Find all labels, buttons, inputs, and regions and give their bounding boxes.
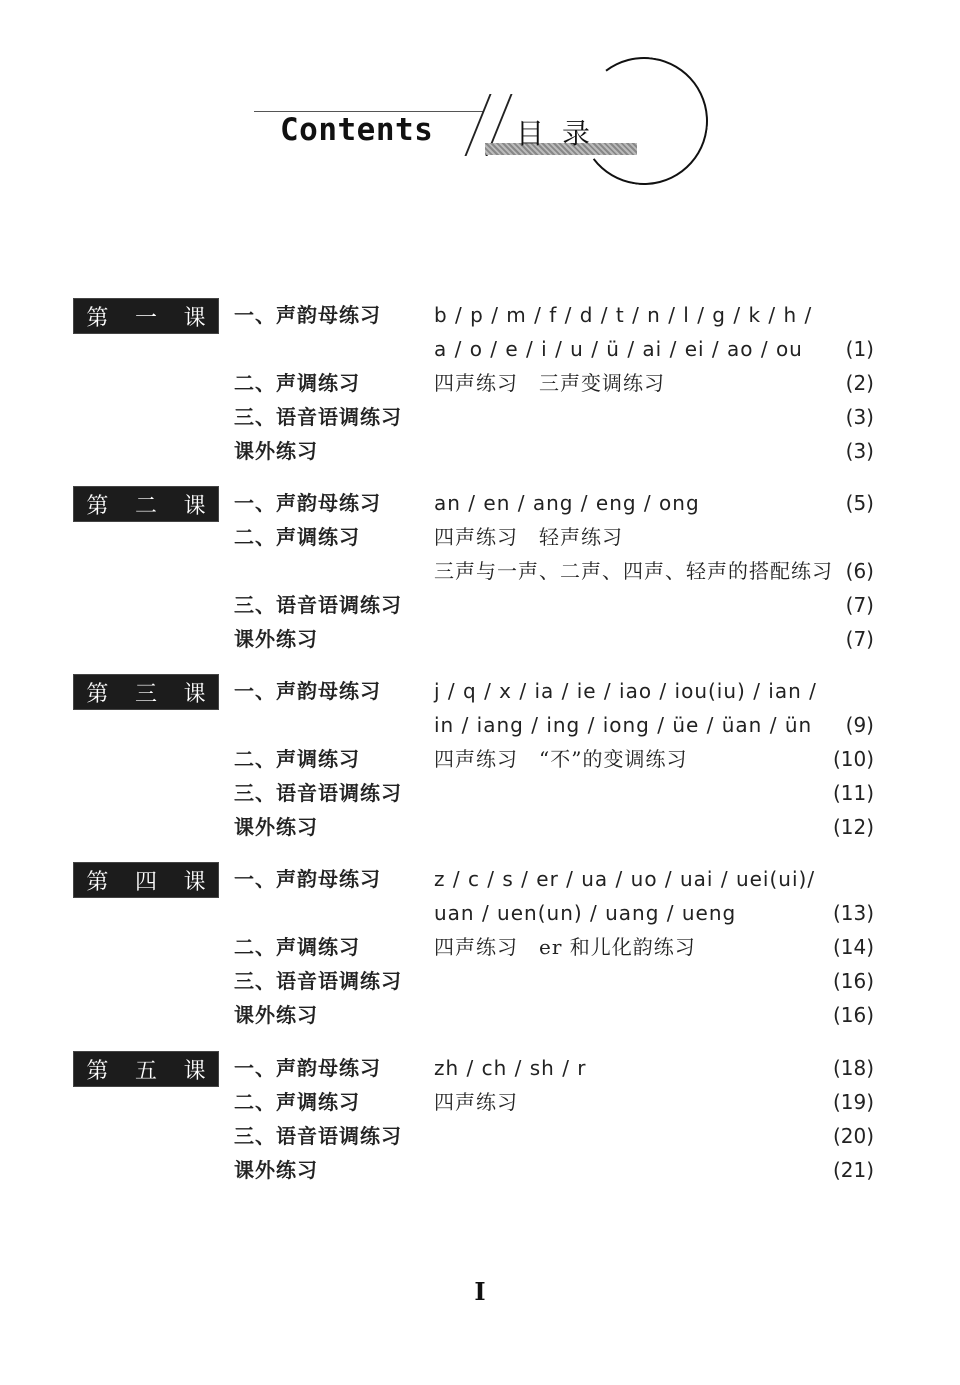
page-reference: (9) (846, 708, 874, 742)
toc-entry[interactable]: uan / uen(un) / uang / ueng(13) (0, 896, 960, 930)
section-title: 二、声调练习 (234, 520, 360, 554)
section-detail: an / en / ang / eng / ong (434, 486, 700, 520)
page-reference: (3) (846, 434, 874, 468)
section-title: 三、语音语调练习 (234, 588, 402, 622)
section-title: 课外练习 (234, 1153, 318, 1187)
toc-entry[interactable]: 课外练习(7) (0, 622, 960, 656)
toc-entry[interactable]: 一、声韵母练习b / p / m / f / d / t / n / l / g… (0, 298, 960, 332)
page-number: I (0, 1277, 960, 1306)
toc-entry[interactable]: 一、声韵母练习an / en / ang / eng / ong(5) (0, 486, 960, 520)
toc-entry[interactable]: 三、语音语调练习(11) (0, 776, 960, 810)
page-reference: (1) (846, 332, 874, 366)
toc-entry[interactable]: 二、声调练习四声练习 er 和儿化韵练习(14) (0, 930, 960, 964)
toc-entry[interactable]: 三、语音语调练习(7) (0, 588, 960, 622)
page-reference: (16) (833, 964, 874, 998)
toc-entry[interactable]: 三、语音语调练习(3) (0, 400, 960, 434)
page-reference: (11) (833, 776, 874, 810)
section-detail: 四声练习 三声变调练习 (434, 366, 665, 400)
page-reference: (6) (846, 554, 874, 588)
toc-entry[interactable]: 一、声韵母练习j / q / x / ia / ie / iao / iou(i… (0, 674, 960, 708)
section-title: 课外练习 (234, 998, 318, 1032)
section-title: 一、声韵母练习 (234, 298, 381, 332)
section-title: 一、声韵母练习 (234, 1051, 381, 1085)
section-detail: 四声练习 “不”的变调练习 (434, 742, 687, 776)
section-detail: a / o / e / i / u / ü / ai / ei / ao / o… (434, 332, 803, 366)
page-reference: (18) (833, 1051, 874, 1085)
page-reference: (3) (846, 400, 874, 434)
toc-entry[interactable]: in / iang / ing / iong / üe / üan / ün(9… (0, 708, 960, 742)
toc-entry[interactable]: 二、声调练习四声练习 轻声练习 (0, 520, 960, 554)
contents-header: Contents 目录 (0, 0, 960, 220)
toc-entry[interactable]: 三、语音语调练习(16) (0, 964, 960, 998)
toc-entry[interactable]: 三声与一声、二声、四声、轻声的搭配练习(6) (0, 554, 960, 588)
section-title: 一、声韵母练习 (234, 862, 381, 896)
section-title: 一、声韵母练习 (234, 674, 381, 708)
section-title: 三、语音语调练习 (234, 776, 402, 810)
toc-entry[interactable]: 课外练习(12) (0, 810, 960, 844)
toc-entry[interactable]: 课外练习(21) (0, 1153, 960, 1187)
toc-entry[interactable]: a / o / e / i / u / ü / ai / ei / ao / o… (0, 332, 960, 366)
section-detail: uan / uen(un) / uang / ueng (434, 896, 736, 930)
header-arc-decoration (572, 49, 717, 194)
page-reference: (7) (846, 622, 874, 656)
toc-entry[interactable]: 课外练习(3) (0, 434, 960, 468)
section-title: 一、声韵母练习 (234, 486, 381, 520)
section-detail: 四声练习 (434, 1085, 518, 1119)
section-title: 课外练习 (234, 810, 318, 844)
toc-entry[interactable]: 三、语音语调练习(20) (0, 1119, 960, 1153)
page-reference: (14) (833, 930, 874, 964)
page-reference: (2) (846, 366, 874, 400)
page-reference: (7) (846, 588, 874, 622)
section-title: 三、语音语调练习 (234, 400, 402, 434)
section-title: 二、声调练习 (234, 366, 360, 400)
section-detail: j / q / x / ia / ie / iao / iou(iu) / ia… (434, 674, 817, 708)
section-title: 课外练习 (234, 434, 318, 468)
section-title: 二、声调练习 (234, 930, 360, 964)
section-title: 二、声调练习 (234, 742, 360, 776)
toc-entry[interactable]: 一、声韵母练习zh / ch / sh / r(18) (0, 1051, 960, 1085)
toc-entry[interactable]: 一、声韵母练习z / c / s / er / ua / uo / uai / … (0, 862, 960, 896)
page-reference: (12) (833, 810, 874, 844)
page-reference: (19) (833, 1085, 874, 1119)
toc-entry[interactable]: 二、声调练习四声练习(19) (0, 1085, 960, 1119)
toc-entry[interactable]: 二、声调练习四声练习 “不”的变调练习(10) (0, 742, 960, 776)
page-reference: (21) (833, 1153, 874, 1187)
section-title: 三、语音语调练习 (234, 1119, 402, 1153)
section-detail: zh / ch / sh / r (434, 1051, 587, 1085)
section-detail: 四声练习 er 和儿化韵练习 (434, 930, 696, 964)
section-title: 课外练习 (234, 622, 318, 656)
section-detail: 四声练习 轻声练习 (434, 520, 623, 554)
page-reference: (13) (833, 896, 874, 930)
page-reference: (5) (846, 486, 874, 520)
toc-entry[interactable]: 二、声调练习四声练习 三声变调练习(2) (0, 366, 960, 400)
page-reference: (10) (833, 742, 874, 776)
section-title: 三、语音语调练习 (234, 964, 402, 998)
section-detail: 三声与一声、二声、四声、轻声的搭配练习 (434, 554, 833, 588)
toc-entry[interactable]: 课外练习(16) (0, 998, 960, 1032)
page-reference: (16) (833, 998, 874, 1032)
page-reference: (20) (833, 1119, 874, 1153)
header-title-english: Contents (280, 112, 433, 148)
section-detail: z / c / s / er / ua / uo / uai / uei(ui)… (434, 862, 815, 896)
section-detail: in / iang / ing / iong / üe / üan / ün (434, 708, 812, 742)
section-title: 二、声调练习 (234, 1085, 360, 1119)
section-detail: b / p / m / f / d / t / n / l / g / k / … (434, 298, 812, 332)
